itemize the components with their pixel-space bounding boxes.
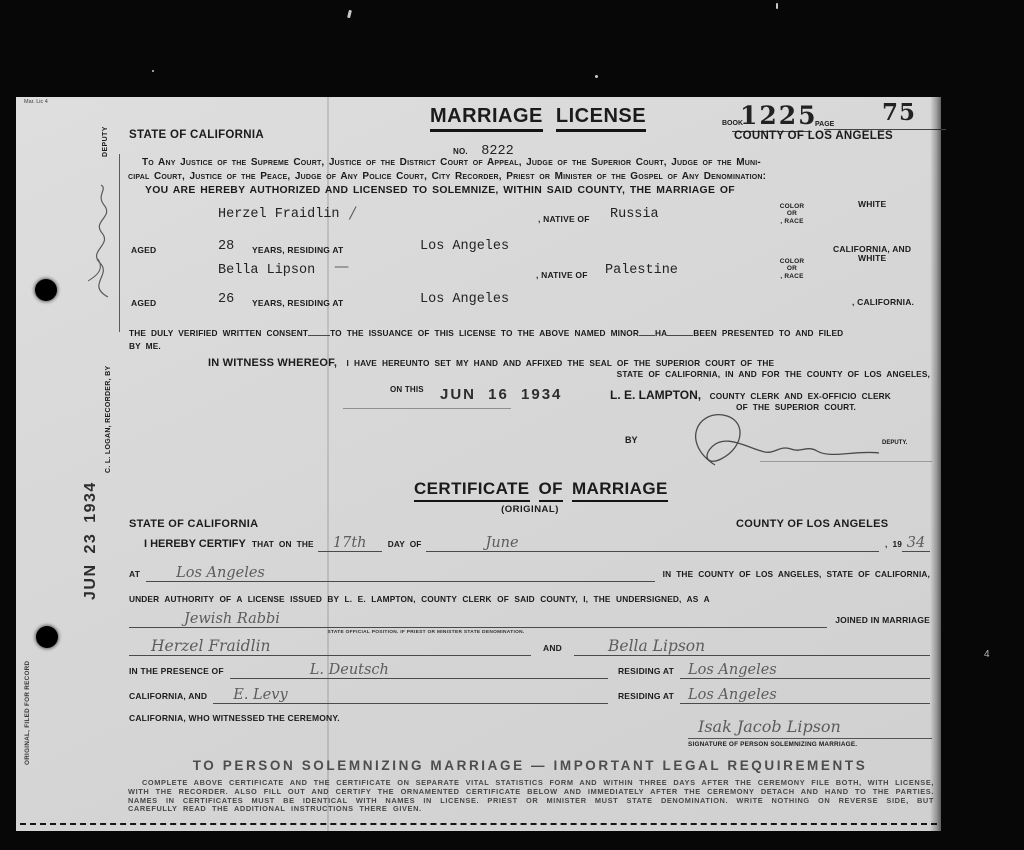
certificate-county-heading: COUNTY OF LOS ANGELES (736, 518, 888, 530)
witnessed-line: CALIFORNIA, WHO WITNESSED THE CEREMONY. (129, 713, 340, 723)
color-or-race-label: COLOR OR , RACE (768, 258, 816, 280)
groom-residence: Los Angeles (420, 239, 509, 254)
certificate-subtitle: (ORIGINAL) (430, 504, 630, 515)
certificate-title: CERTIFICATE OF MARRIAGE (414, 479, 668, 502)
witness1-line: IN THE PRESENCE OF L. Deutsch RESIDING A… (129, 662, 930, 679)
document-page: Mar. Lic 4 DEPUTY C. L. LOGAN, RECORDER,… (16, 97, 941, 831)
joined-label: JOINED IN MARRIAGE (835, 615, 930, 625)
bride-state-suffix: , CALIFORNIA. (852, 297, 914, 307)
residing-at-label: RESIDING AT (618, 666, 674, 676)
on-this-label: ON THIS (390, 385, 424, 394)
county-heading: COUNTY OF LOS ANGELES (734, 130, 893, 142)
deputy-label: DEPUTY. (882, 440, 907, 446)
years-residing-label: YEARS, RESIDING AT (252, 298, 343, 308)
witness2-field: E. Levy (213, 687, 608, 704)
consent-text: HA (655, 328, 667, 338)
witness-rest: I HAVE HEREUNTO SET MY HAND AND AFFIXED … (347, 358, 775, 368)
recorder-deputy-signature (76, 183, 122, 303)
filed-for-record-label: ORIGINAL, FILED FOR RECORD (24, 635, 31, 765)
aged-label: AGED (131, 298, 156, 308)
license-date-stamp: JUN 16 1934 (440, 386, 562, 403)
addressee-paragraph: To Any Justice of the Supreme Court, Jus… (128, 156, 934, 197)
bride-name-typed: Bella Lipson (218, 263, 315, 278)
consent-text: BEEN PRESENTED TO AND FILED (693, 328, 843, 338)
groom-race: WHITE (858, 199, 886, 209)
groom-native-of: Russia (610, 207, 659, 222)
bride-age: 26 (218, 292, 234, 307)
year-prefix: , 19 (885, 539, 902, 549)
day-of-label: DAY OF (388, 539, 422, 549)
groom-age: 28 (218, 239, 234, 254)
certificate-title-word: CERTIFICATE (414, 479, 530, 502)
page-number: 75 (882, 99, 916, 126)
couple-line: Herzel Fraidlin AND Bella Lipson (129, 637, 930, 656)
groom-name-typed: Herzel Fraidlin (218, 207, 340, 222)
dust-speck (347, 10, 352, 18)
bride-native-of: Palestine (605, 263, 678, 278)
no-label: NO. (453, 147, 468, 156)
certify-bold: I HEREBY CERTIFY (144, 538, 246, 550)
certificate-title-word: OF (539, 479, 563, 502)
state-heading: STATE OF CALIFORNIA (129, 129, 264, 141)
california-and-label: CALIFORNIA, AND (129, 691, 207, 701)
certify-date-line: I HEREBY CERTIFY THAT ON THE 17th DAY OF… (144, 535, 930, 552)
position-field: Jewish Rabbi (129, 611, 827, 628)
blank-line (639, 327, 655, 336)
by-label: BY (625, 435, 638, 445)
groom-check-mark: / (350, 203, 355, 222)
presence-label: IN THE PRESENCE OF (129, 666, 224, 676)
residing-at-label: RESIDING AT (618, 691, 674, 701)
position-caption: STATE OFFICIAL POSITION. IF PRIEST OR MI… (246, 630, 606, 635)
addressee-line: cipal Court, Justice of the Peace, Judge… (128, 170, 934, 184)
bride-race: WHITE (858, 253, 886, 263)
years-residing-label: YEARS, RESIDING AT (252, 245, 343, 255)
license-title: MARRIAGE LICENSE (430, 105, 646, 132)
book-number: 1225 (740, 101, 818, 130)
bride-residence: Los Angeles (420, 292, 509, 307)
margin-page-number: 4 (984, 649, 990, 660)
addressee-line: To Any Justice of the Supreme Court, Jus… (128, 156, 934, 170)
dust-speck (776, 3, 778, 9)
signature-caption: SIGNATURE OF PERSON SOLEMNIZING MARRIAGE… (688, 741, 932, 748)
day-field: 17th (318, 535, 382, 552)
page-label: PAGE (815, 121, 834, 128)
color-or-race-label: COLOR OR , RACE (768, 203, 816, 225)
groom-written-field: Herzel Fraidlin (129, 637, 531, 656)
consent-clause: THE DULY VERIFIED WRITTEN CONSENTTO THE … (129, 327, 843, 338)
witness-bold: IN WITNESS WHEREOF, (208, 357, 337, 369)
scan-background: 4 Mar. Lic 4 DEPUTY C. L. LOGAN, RECORDE… (0, 0, 1024, 850)
deputy-signature-line (760, 461, 932, 462)
native-of-label: , NATIVE OF (538, 214, 590, 224)
perforation-line (20, 823, 937, 825)
consent-by-me: BY ME. (129, 341, 161, 351)
hole-punch-top (35, 279, 57, 301)
authority-line: UNDER AUTHORITY OF A LICENSE ISSUED BY L… (129, 594, 710, 604)
form-ref-label: Mar. Lic 4 (24, 99, 48, 105)
solemnizer-signature: Isak Jacob Lipson (688, 717, 932, 739)
witness1-field: L. Deutsch (230, 662, 608, 679)
year-field: 34 (902, 535, 930, 552)
bride-written-field: Bella Lipson (574, 637, 930, 656)
addressee-line: YOU ARE HEREBY AUTHORIZED AND LICENSED T… (128, 184, 934, 198)
consent-text: TO THE ISSUANCE OF THIS LICENSE TO THE A… (330, 328, 639, 338)
native-of-label: , NATIVE OF (536, 270, 588, 280)
witness-line2: STATE OF CALIFORNIA, IN AND FOR THE COUN… (617, 369, 930, 379)
witness1-residence-field: Los Angeles (680, 662, 930, 679)
license-title-word: LICENSE (556, 105, 646, 132)
aged-label: AGED (131, 245, 156, 255)
dust-speck (152, 70, 154, 72)
clerk-name: L. E. LAMPTON, (610, 388, 701, 402)
footer-heading: TO PERSON SOLEMNIZING MARRIAGE — IMPORTA… (130, 758, 930, 773)
witness2-residence-field: Los Angeles (680, 687, 930, 704)
witness2-line: CALIFORNIA, AND E. Levy RESIDING AT Los … (129, 687, 930, 704)
certify-rest: THAT ON THE (252, 539, 314, 549)
blank-line (667, 327, 693, 336)
at-rest: IN THE COUNTY OF LOS ANGELES, STATE OF C… (663, 569, 930, 579)
consent-text: THE DULY VERIFIED WRITTEN CONSENT (129, 328, 308, 338)
license-title-word: MARRIAGE (430, 105, 543, 132)
clerk-title: COUNTY CLERK AND EX-OFFICIO CLERK (710, 391, 891, 401)
hole-punch-bottom (36, 626, 58, 648)
at-label: AT (129, 569, 140, 579)
deputy-margin-label: DEPUTY (102, 117, 109, 157)
recorder-name-label: C. L. LOGAN, RECORDER, BY (105, 335, 112, 473)
dust-speck (595, 75, 598, 78)
official-position-line: Jewish Rabbi JOINED IN MARRIAGE (129, 611, 930, 628)
date-underline (343, 408, 511, 409)
ceremony-place-line: AT Los Angeles IN THE COUNTY OF LOS ANGE… (129, 565, 930, 582)
blank-line (308, 327, 330, 336)
bride-check-mark: — (334, 257, 349, 275)
certificate-state-heading: STATE OF CALIFORNIA (129, 518, 258, 530)
filed-date-stamp: JUN 23 1934 (82, 490, 100, 600)
certificate-title-word: MARRIAGE (572, 479, 668, 502)
and-label: AND (543, 643, 562, 653)
month-field: June (426, 535, 880, 552)
place-field: Los Angeles (146, 565, 655, 582)
solemnizer-signature-block: Isak Jacob Lipson SIGNATURE OF PERSON SO… (688, 717, 932, 748)
footer-body: COMPLETE ABOVE CERTIFICATE AND THE CERTI… (128, 779, 934, 814)
